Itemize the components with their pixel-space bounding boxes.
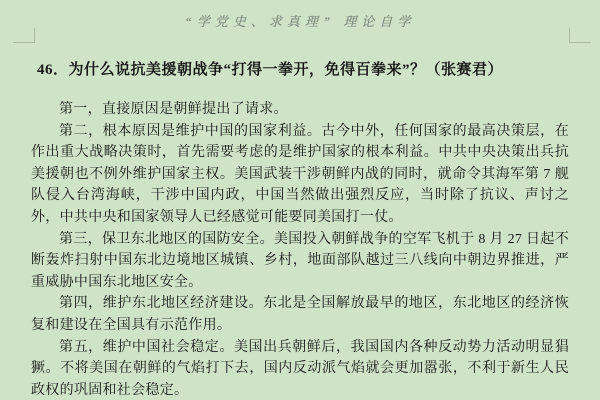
question-title: 46．为什么说抗美援朝战争“打得一拳开，免得百拳来”？（张赛君） — [37, 58, 572, 82]
answer-body: 第一，直接原因是朝鲜提出了请求。 第二，根本原因是维护中国的国家利益。古今中外，… — [31, 99, 569, 400]
paragraph-3: 第三，保卫东北地区的国防安全。美国投入朝鲜战争的空军飞机于 8 月 27 日起不… — [31, 229, 569, 294]
paragraph-1: 第一，直接原因是朝鲜提出了请求。 — [31, 99, 569, 121]
paragraph-4: 第四，维护东北地区经济建设。东北是全国解放最早的地区，东北地区的经济恢复和建设在… — [31, 293, 569, 336]
paragraph-5: 第五，维护中国社会稳定。美国出兵朝鲜后，我国国内各种反动势力活动明显猖獗。不将美… — [31, 337, 569, 400]
paragraph-2: 第二，根本原因是维护中国的国家利益。古今中外，任何国家的最高决策层，在作出重大战… — [31, 121, 569, 229]
document-page: “学党史、求真理” 理论自学 46．为什么说抗美援朝战争“打得一拳开，免得百拳来… — [0, 0, 600, 400]
placeholder-corner-right-icon — [569, 28, 591, 43]
placeholder-corner-left-icon — [13, 28, 35, 43]
running-header: “学党史、求真理” 理论自学 — [0, 11, 600, 30]
